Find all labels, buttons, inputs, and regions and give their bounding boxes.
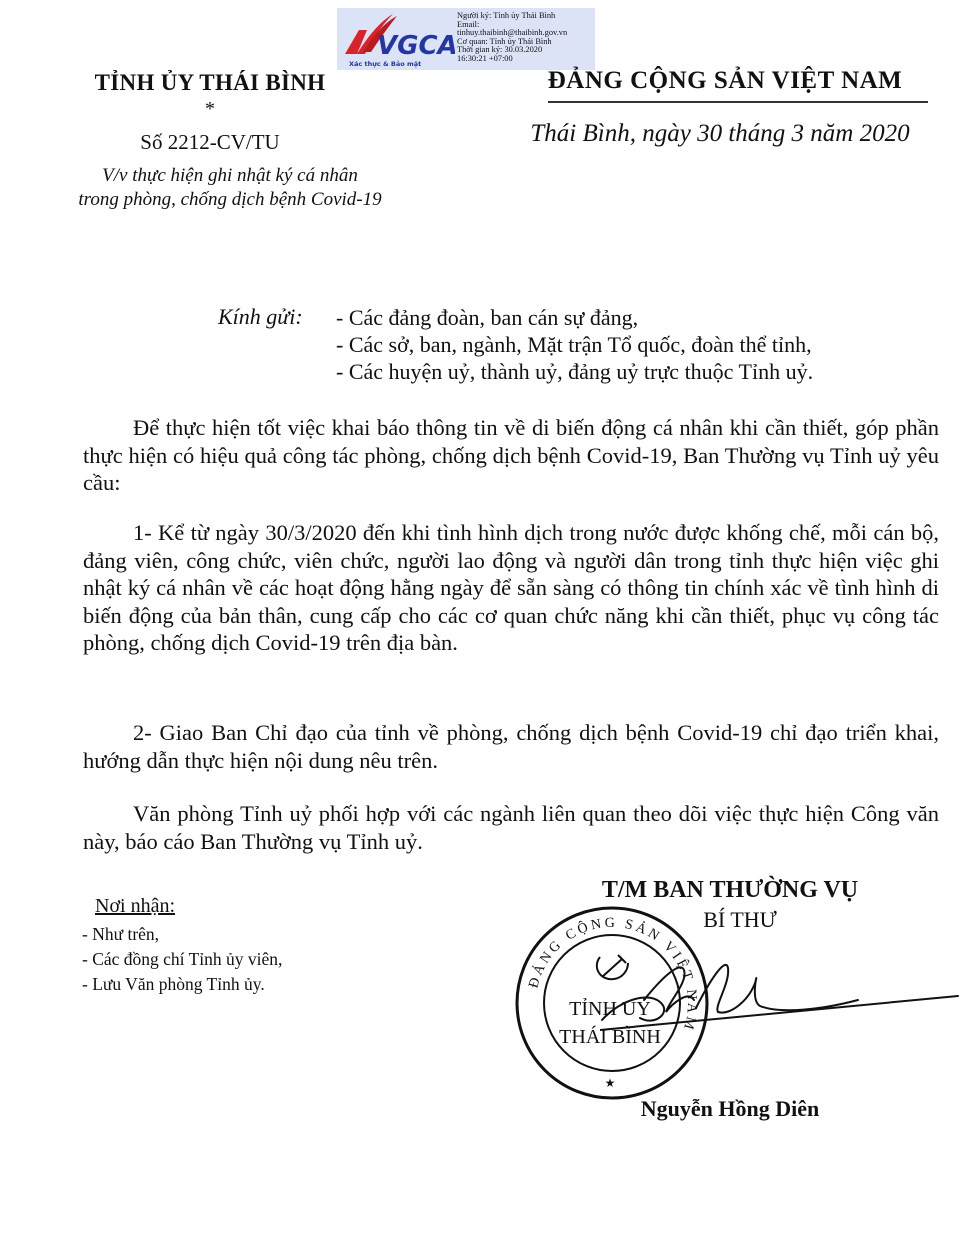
digital-signature-box: VGCA Xác thực & Bảo mật Người ký: Tỉnh ủ… [337,8,595,70]
vgca-logo-icon: VGCA Xác thực & Bảo mật [337,8,455,70]
distribution-list: - Như trên, - Các đồng chí Tỉnh ủy viên,… [82,922,282,997]
distribution-item: - Các đồng chí Tỉnh ủy viên, [82,947,282,972]
party-name: ĐẢNG CỘNG SẢN VIỆT NAM [520,67,930,95]
svg-text:VGCA: VGCA [377,31,455,61]
place-date: Thái Bình, ngày 30 tháng 3 năm 2020 [505,120,935,148]
distribution-title: Nơi nhận: [95,895,175,918]
distribution-item: - Như trên, [82,922,282,947]
distribution-item: - Lưu Văn phòng Tỉnh ủy. [82,972,282,997]
recipients-list: - Các đảng đoàn, ban cán sự đảng, - Các … [336,304,813,385]
recipient-item: - Các huyện uỷ, thành uỷ, đảng uỷ trực t… [336,358,813,385]
handwritten-signature [600,960,960,1040]
closing-paragraph: Văn phòng Tỉnh uỷ phối hợp với các ngành… [83,800,939,855]
subject-line: trong phòng, chống dịch bệnh Covid-19 [30,188,430,212]
recipients-label: Kính gửi: [218,304,303,330]
intro-paragraph: Để thực hiện tốt việc khai báo thông tin… [83,414,939,497]
organization-name: TỈNH ỦY THÁI BÌNH [60,70,360,96]
signature-role: T/M BAN THƯỜNG VỤ [540,877,920,904]
requirement-2: 2- Giao Ban Chỉ đạo của tỉnh về phòng, c… [83,719,939,774]
header-separator: * [60,98,360,121]
signed-time-value: 16:30:21 +07:00 [457,55,567,64]
recipient-item: - Các sở, ban, ngành, Mặt trận Tổ quốc, … [336,331,813,358]
vgca-tagline: Xác thực & Bảo mật [349,60,421,68]
document-number: Số 2212-CV/TU [60,130,360,155]
recipient-item: - Các đảng đoàn, ban cán sự đảng, [336,304,813,331]
subject-line: V/v thực hiện ghi nhật ký cá nhân [30,164,430,188]
party-underline [548,101,928,103]
document-subject: V/v thực hiện ghi nhật ký cá nhân trong … [30,164,430,212]
signature-info: Người ký: Tỉnh ủy Thái Bình Email: tinhu… [457,12,567,64]
signer-name: Nguyễn Hồng Diên [600,1096,860,1122]
stamp-star-icon: ★ [605,1076,616,1090]
requirement-1: 1- Kể từ ngày 30/3/2020 đến khi tình hìn… [83,519,939,657]
